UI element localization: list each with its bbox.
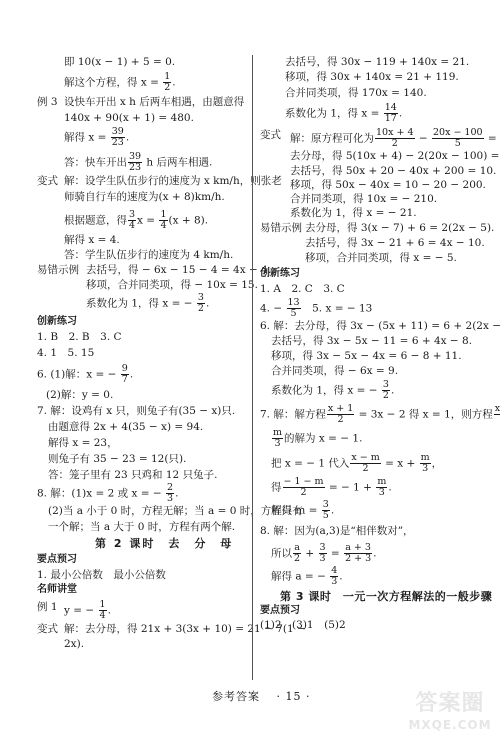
fraction: 1417 xyxy=(384,103,398,124)
text-line: 解得 m = 35. xyxy=(271,500,334,521)
lesson-3-title: 第 3 课时 一元一次方程解法的一般步骤 xyxy=(280,590,492,604)
fraction: m3 xyxy=(272,428,283,449)
text-line: 系数化为 1，得 x = − 32. xyxy=(271,380,394,401)
text-line: (2)解：y = 0. xyxy=(46,388,113,402)
section-title-preview: 要点预习 xyxy=(37,553,77,567)
text-line: m3的解为 x = − 1. xyxy=(271,428,362,449)
text-line: 答：笼子里有 23 只鸡和 12 只兔子. xyxy=(48,468,217,482)
text-line: 合并同类项，得 10x = − 210. xyxy=(290,192,437,206)
text-line: 解：原方程可化为10x + 42 − 20x − 1005 = 1. xyxy=(290,128,500,149)
text-line: 答：学生队伍步行的速度为 4 km/h. xyxy=(64,248,233,262)
text-line: 去括号，得 3x − 21 + 6 = 4x − 10. xyxy=(305,236,485,250)
text-line: 7. 解：解方程x + 12 = 3x − 2 得 x = 1，则方程x − m… xyxy=(260,404,500,425)
lesson-2-title: 第 2 课时 去 分 母 xyxy=(95,537,233,551)
fraction: 23 xyxy=(166,483,174,504)
page-number: · 15 · xyxy=(277,690,311,703)
text-line: 移项，得 50x − 40x = 10 − 20 − 200. xyxy=(290,178,486,192)
fraction: 14 xyxy=(99,600,107,621)
fraction: 33 xyxy=(319,543,327,564)
example-label: 例 3 xyxy=(37,95,58,109)
answer-line: 1. 最小公倍数 最小公倍数 xyxy=(37,568,166,582)
text-line: 8. 解：因为(a,3)是“相伴数对”， xyxy=(260,524,414,538)
text-line: 则兔子有 35 − 23 = 12(只). xyxy=(48,452,186,466)
fraction: 34 xyxy=(128,210,136,231)
text-line: 移项，得 30x + 140x = 21 + 119. xyxy=(285,70,459,84)
text-line: 得− 1 − m2 = − 1 + m3. xyxy=(271,477,392,498)
text-line: 解这个方程，得 x = 12. xyxy=(64,72,176,93)
fraction: 32 xyxy=(197,293,205,314)
fraction: 10x + 42 xyxy=(375,128,415,149)
text-line: 解得 x = 4. xyxy=(64,233,120,247)
answer-line: (1)2 (3)1 (5)2 xyxy=(260,618,346,632)
text-line: 移项，得 3x − 5x − 4x = 6 − 8 + 11. xyxy=(271,349,462,363)
column-divider xyxy=(252,55,253,680)
footer-label: 参考答案 xyxy=(212,690,260,703)
fraction: m3 xyxy=(376,477,387,498)
page-footer: 参考答案 · 15 · xyxy=(212,688,310,704)
text-line: 合并同类项，得 170x = 140. xyxy=(285,86,427,100)
text-line: 8. 解：(1)x = 2 或 x = − 23. xyxy=(37,483,178,504)
variant-label: 变式 xyxy=(260,128,281,142)
text-line: 去分母，得 3(x − 7) + 6 = 2(2x − 5). xyxy=(305,221,494,235)
text-line: 6. (1)解：x = − 97. xyxy=(37,364,133,385)
text-line: 移项，合并同类项，得 x = − 5. xyxy=(305,251,457,265)
text-line: 解得 x = 3923. xyxy=(64,127,129,148)
text-line: 把 x = − 1 代入x − m2 = x + m3， xyxy=(271,453,442,474)
fraction: m3 xyxy=(420,453,431,474)
text-line: 一个解；当 a 大于 0 时，方程有两个解. xyxy=(48,520,235,534)
section-title-lecture: 名师讲堂 xyxy=(37,583,77,597)
answer-line: 4. − 135 5. x = − 13 xyxy=(260,298,372,319)
text-line: 即 10(x − 1) + 5 = 0. xyxy=(64,55,175,69)
text-line: 7. 解：设鸡有 x 只，则兔子有(35 − x)只. xyxy=(37,404,235,418)
common-error-label: 易错示例 xyxy=(37,263,79,277)
fraction: 135 xyxy=(287,298,301,319)
fraction: 3923 xyxy=(111,127,125,148)
text-line: 移项，合并同类项，得 − 10x = 15. xyxy=(86,278,258,292)
fraction: 20x − 1005 xyxy=(432,128,484,149)
text-line: y = − 14. xyxy=(64,600,111,621)
variant-label: 变式 xyxy=(37,622,58,636)
fraction: − 1 − m2 xyxy=(283,477,325,498)
fraction: 97 xyxy=(121,364,129,385)
text-line: 去括号，得 50x + 20 − 40x + 200 = 10. xyxy=(290,164,496,178)
text-line: 2x). xyxy=(64,637,84,651)
text-line: 系数化为 1，得 x = − 21. xyxy=(290,206,417,220)
text-line: 答：快车开出3923 h 后两车相遇. xyxy=(64,152,212,173)
fraction: 32 xyxy=(382,380,390,401)
common-error-label: 易错示例 xyxy=(260,221,302,235)
variant-label: 变式 xyxy=(37,174,58,188)
fraction: x + 12 xyxy=(327,404,354,425)
text-line: 6. 解：去分母，得 3x − (5x + 11) = 6 + 2(2x − 4… xyxy=(260,319,500,333)
fraction: x − m2 xyxy=(350,453,380,474)
section-title-innovation: 创新练习 xyxy=(260,267,300,281)
text-line: 设快车开出 x h 后两车相遇，由题意得 xyxy=(64,95,244,109)
answer-line: 4. 1 5. 15 xyxy=(37,346,94,360)
text-line: 所以a2 + 33 = a + 32 + 3. xyxy=(271,543,377,564)
text-line: 系数化为 1，得 x = − 32. xyxy=(86,293,209,314)
answer-line: 1. B 2. B 3. C xyxy=(37,330,122,344)
watermark-logo: 答案圈 MXQE.COM xyxy=(405,690,495,740)
text-line: 解：设学生队伍步行的速度为 x km/h，则张老 xyxy=(64,174,282,188)
text-line: 去括号，得 30x − 119 + 140x = 21. xyxy=(285,55,469,69)
fraction: 35 xyxy=(322,500,330,521)
text-line: 由题意得 2x + 4(35 − x) = 94. xyxy=(48,420,203,434)
example-label: 例 1 xyxy=(37,600,58,614)
text-line: 合并同类项，得 − 6x = 9. xyxy=(271,364,398,378)
answer-key-page: 即 10(x − 1) + 5 = 0. 解这个方程，得 x = 12. 例 3… xyxy=(0,0,500,743)
fraction: a2 xyxy=(293,543,301,564)
text-line: (2)当 a 小于 0 时，方程无解；当 a = 0 时，方程只有 xyxy=(48,504,303,518)
text-line: 解得 x = 23， xyxy=(48,436,118,450)
section-title-preview: 要点预习 xyxy=(260,604,300,618)
text-line: 去括号，得 3x − 5x − 11 = 6 + 4x − 8. xyxy=(271,334,472,348)
text-line: 解得 a = − 43. xyxy=(271,566,343,587)
text-line: 根据题意，得34x = 14(x + 8). xyxy=(64,210,208,231)
text-line: 去分母，得 5(10x + 4) − 2(20x − 100) = 10. xyxy=(290,149,500,163)
fraction: x − m2 xyxy=(494,404,500,425)
fraction: 43 xyxy=(330,566,338,587)
text-line: 师骑自行车的速度为(x + 8)km/h. xyxy=(64,190,225,204)
answer-line: 1. A 2. C 3. C xyxy=(260,282,345,296)
fraction: 12 xyxy=(163,72,171,93)
text-line: 140x + 90(x + 1) = 480. xyxy=(64,111,194,125)
fraction: a + 32 + 3 xyxy=(344,543,372,564)
text-line: 系数化为 1，得 x = 1417. xyxy=(285,103,402,124)
text-line: 去括号，得 − 6x − 15 − 4 = 4x − 4. xyxy=(86,263,271,277)
fraction: 3923 xyxy=(128,152,142,173)
section-title-innovation: 创新练习 xyxy=(37,315,77,329)
fraction: 14 xyxy=(159,210,167,231)
